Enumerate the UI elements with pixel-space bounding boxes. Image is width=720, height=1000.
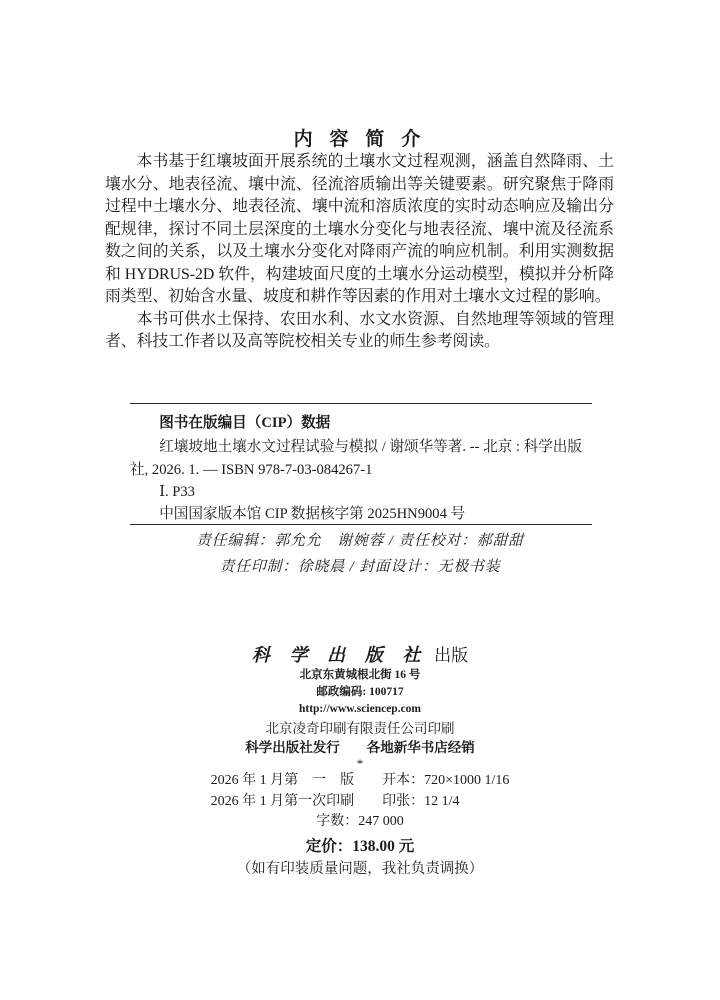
content-summary-title: 内 容 简 介 (0, 124, 720, 151)
printer-line: 北京凌奇印刷有限责任公司印刷 (0, 719, 720, 738)
cip-record-line-2: 社, 2026. 1. — ISBN 978-7-03-084267-1 (130, 459, 592, 481)
edition-line: 2026 年 1 月第 一 版 开本：720×1000 1/16 (211, 771, 510, 792)
quality-note: （如有印装质量问题，我社负责调换） (0, 858, 720, 880)
abstract-paragraph-1: 本书基于红壤坡面开展系统的土壤水文过程观测，涵盖自然降雨、土壤水分、地表径流、壤… (105, 151, 614, 309)
imprint-block: 科 学 出 版 社 出版 北京东黄城根北街 16 号 邮政编码: 100717 … (0, 644, 720, 880)
staff-credits: 责任编辑：郭允允 谢婉蓉 / 责任校对：郝甜甜 责任印制：徐晓晨 / 封面设计：… (0, 529, 720, 580)
edition-block: 2026 年 1 月第 一 版 开本：720×1000 1/16 2026 年 … (211, 771, 510, 833)
cip-registry-number: 中国国家版本馆 CIP 数据核字第 2025HN9004 号 (130, 503, 592, 525)
printing-line: 2026 年 1 月第一次印刷 印张：12 1/4 (211, 792, 510, 813)
publish-label: 出版 (434, 646, 468, 665)
book-copyright-page: 内 容 简 介 本书基于红壤坡面开展系统的土壤水文过程观测，涵盖自然降雨、土壤水… (0, 0, 720, 1000)
cip-record-line-1: 红壤坡地土壤水文过程试验与模拟 / 谢颂华等著. -- 北京 : 科学出版 (130, 436, 592, 458)
wordcount-line: 字数：247 000 (211, 812, 510, 833)
publisher-url: http://www.sciencep.com (0, 701, 720, 718)
price-line: 定价：138.00 元 (0, 836, 720, 858)
publisher-postcode: 邮政编码: 100717 (0, 684, 720, 701)
cip-data-box: 图书在版编目（CIP）数据 红壤坡地土壤水文过程试验与模拟 / 谢颂华等著. -… (130, 403, 592, 525)
separator-star: * (0, 757, 720, 770)
staff-editors-line: 责任编辑：郭允允 谢婉蓉 / 责任校对：郝甜甜 (0, 529, 720, 555)
publisher-address: 北京东黄城根北街 16 号 (0, 667, 720, 684)
publisher-logo-line: 科 学 出 版 社 出版 (0, 644, 720, 667)
science-press-logo: 科 学 出 版 社 (252, 645, 428, 665)
staff-print-design-line: 责任印制：徐晓晨 / 封面设计：无极书装 (0, 555, 720, 581)
cip-heading: 图书在版编目（CIP）数据 (130, 412, 592, 434)
abstract-paragraph-2: 本书可供水土保持、农田水利、水文水资源、自然地理等领域的管理者、科技工作者以及高… (105, 309, 614, 354)
cip-classification: Ⅰ. P33 (130, 481, 592, 503)
distribution-line: 科学出版社发行 各地新华书店经销 (0, 738, 720, 757)
abstract: 本书基于红壤坡面开展系统的土壤水文过程观测，涵盖自然降雨、土壤水分、地表径流、壤… (105, 151, 614, 354)
